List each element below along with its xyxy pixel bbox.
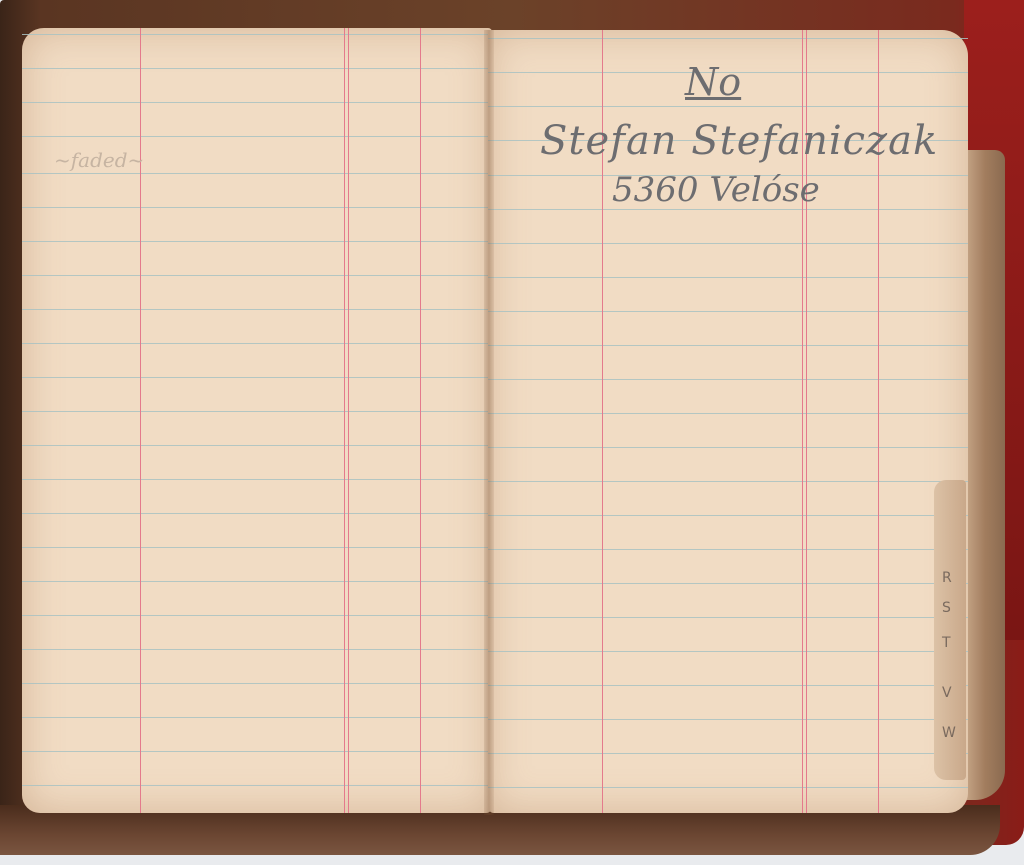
handwriting-name: Stefan Stefaniczak — [540, 118, 938, 164]
book-gutter — [484, 30, 494, 815]
index-tab-w[interactable]: W — [942, 725, 956, 741]
index-tab-v[interactable]: V — [942, 685, 952, 701]
margin-line — [140, 28, 141, 813]
index-tab-r[interactable]: R — [942, 570, 952, 586]
handwriting-address: 5360 Velóse — [612, 170, 820, 210]
index-tab-t[interactable]: T — [942, 635, 951, 651]
page-block-edge — [965, 150, 1005, 800]
index-tabs: R S T V W — [934, 480, 966, 780]
column-line — [420, 28, 421, 813]
column-line-double — [344, 28, 349, 813]
left-page: ~faded~ — [22, 28, 492, 813]
ruled-lines — [22, 28, 492, 813]
faded-text: ~faded~ — [54, 148, 144, 172]
index-tab-s[interactable]: S — [942, 600, 951, 616]
handwriting-no: No — [685, 60, 741, 104]
